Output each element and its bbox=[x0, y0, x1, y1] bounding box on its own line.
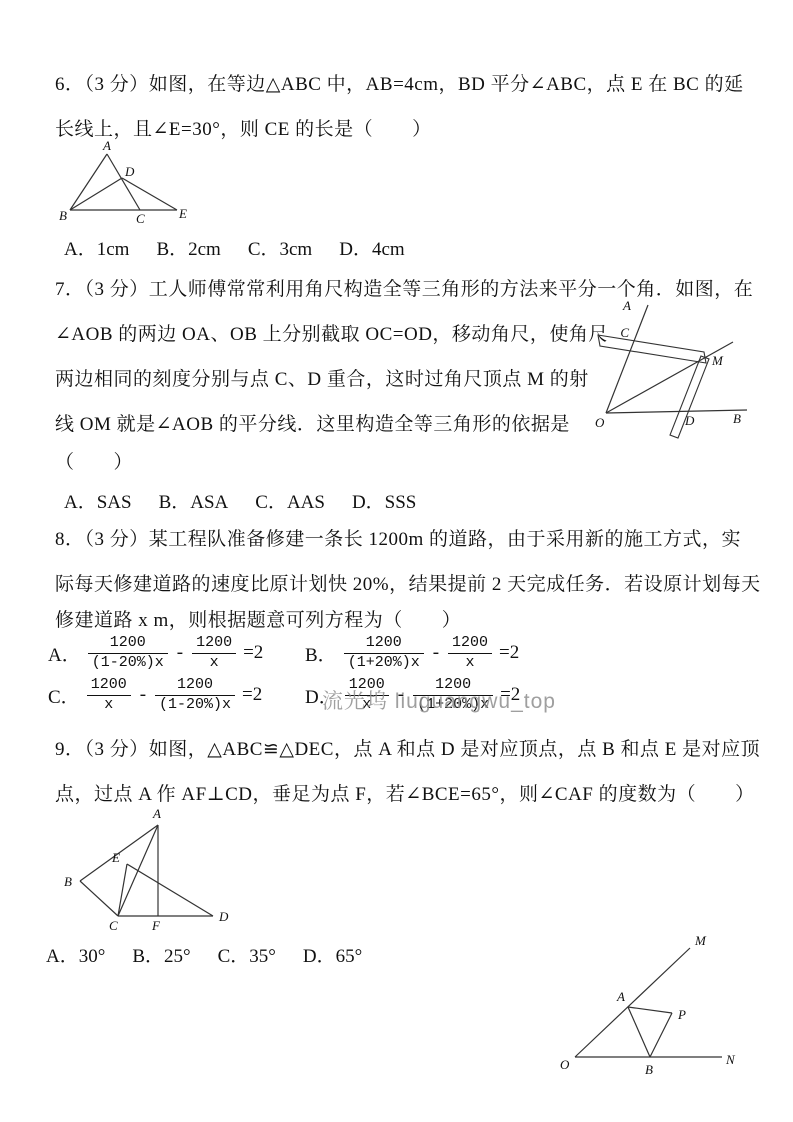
f7-ruler-arm-1 bbox=[598, 335, 706, 363]
f6-label-E: E bbox=[178, 206, 187, 221]
q8-option-a-rhs: =2 bbox=[243, 642, 263, 664]
q8-option-c-rhs: =2 bbox=[242, 684, 262, 706]
q8-option-c-frac1: 1200x bbox=[87, 676, 131, 715]
fb-label-B: B bbox=[645, 1062, 653, 1077]
q7-bracket-line: （ ） bbox=[55, 450, 133, 476]
f7-ray-OB bbox=[606, 410, 747, 413]
f6-label-C: C bbox=[136, 211, 145, 226]
fb-label-N: N bbox=[725, 1052, 736, 1067]
q9-option-b: B．25° bbox=[132, 941, 190, 968]
f9-line-BC bbox=[80, 881, 118, 916]
q9-option-a: A．30° bbox=[46, 941, 105, 968]
q9-option-c: C．35° bbox=[218, 941, 276, 968]
f7-label-O: O bbox=[595, 415, 605, 430]
f6-label-A: A bbox=[102, 140, 111, 153]
q8-option-a-frac1: 1200(1-20%)x bbox=[88, 634, 168, 673]
q9-text-line-1: 9．（3 分）如图，△ABC≌△DEC，点 A 和点 D 是对应顶点，点 B 和… bbox=[55, 737, 760, 763]
q8-text-line-3: 修建道路 x m，则根据题意可列方程为（ ） bbox=[55, 608, 461, 634]
q8-option-b-rhs: =2 bbox=[499, 642, 519, 664]
q9-text-line-2: 点，过点 A 作 AF⊥CD，垂足为点 F，若∠BCE=65°，则∠CAF 的度… bbox=[55, 782, 755, 808]
q9-options: A．30° B．25° C．35° D．65° bbox=[46, 941, 362, 968]
f9-label-E: E bbox=[111, 850, 120, 865]
q6-text-line-1: 6．（3 分）如图，在等边△ABC 中，AB=4cm，BD 平分∠ABC，点 E… bbox=[55, 72, 744, 98]
f6-line-BD bbox=[70, 178, 122, 210]
q7-text-line-2: ∠AOB 的两边 OA、OB 上分别截取 OC=OD，移动角尺，使角尺 bbox=[55, 322, 608, 348]
f6-label-B: B bbox=[59, 208, 67, 223]
f6-line-AB bbox=[70, 154, 107, 210]
f7-label-A: A bbox=[622, 298, 631, 313]
fb-label-A: A bbox=[616, 989, 625, 1004]
q8-option-a-label: A． bbox=[48, 640, 81, 667]
f9-line-CE bbox=[118, 864, 127, 916]
fb-label-P: P bbox=[677, 1007, 686, 1022]
f6-label-D: D bbox=[124, 164, 135, 179]
q9-figure-congruent-triangles: A B C D E F bbox=[50, 808, 290, 933]
q8-option-a: A． 1200(1-20%)x - 1200x =2 bbox=[48, 634, 305, 673]
fb-line-AB bbox=[628, 1007, 650, 1057]
f9-label-C: C bbox=[109, 918, 118, 933]
f9-line-ED bbox=[127, 864, 213, 916]
f7-ray-OA bbox=[606, 305, 648, 413]
q8-option-c-label: C． bbox=[48, 682, 80, 709]
q8-option-c: C． 1200x - 1200(1-20%)x =2 bbox=[48, 676, 305, 715]
q8-option-b-frac1: 1200(1+20%)x bbox=[344, 634, 424, 673]
q7-option-a: A．SAS bbox=[64, 487, 132, 514]
fb-label-M: M bbox=[694, 933, 707, 948]
fb-ray-OM bbox=[575, 948, 690, 1057]
fb-line-AP bbox=[628, 1007, 672, 1013]
f9-label-F: F bbox=[151, 918, 161, 933]
q7-text-line-4: 线 OM 就是∠AOB 的平分线．这里构造全等三角形的依据是 bbox=[55, 412, 570, 438]
q6-option-a: A．1cm bbox=[64, 234, 129, 261]
q7-option-d: D．SSS bbox=[352, 487, 416, 514]
f6-line-AC bbox=[107, 154, 140, 210]
q8-equation-row-1: A． 1200(1-20%)x - 1200x =2 B． 1200(1+20%… bbox=[48, 634, 519, 673]
f7-label-M: M bbox=[711, 353, 724, 368]
q8-text-line-2: 际每天修建道路的速度比原计划快 20%，结果提前 2 天完成任务．若设原计划每天 bbox=[55, 572, 761, 598]
f9-label-A: A bbox=[152, 808, 161, 821]
q9-option-d: D．65° bbox=[303, 941, 362, 968]
q8-option-c-minus: - bbox=[140, 684, 146, 706]
q6-option-b: B．2cm bbox=[156, 234, 220, 261]
q8-option-c-frac2: 1200(1-20%)x bbox=[155, 676, 235, 715]
fb-label-O: O bbox=[560, 1057, 570, 1072]
q7-options: A．SAS B．ASA C．AAS D．SSS bbox=[64, 487, 416, 514]
q7-figure-angle-ruler: A C M O D B bbox=[575, 290, 790, 465]
q8-option-a-frac2: 1200x bbox=[192, 634, 236, 673]
f9-label-D: D bbox=[218, 909, 229, 924]
q7-text-line-3: 两边相同的刻度分别与点 C、D 重合，这时过角尺顶点 M 的射 bbox=[55, 367, 589, 393]
q6-option-d: D．4cm bbox=[339, 234, 404, 261]
fb-line-PB bbox=[650, 1013, 672, 1057]
exam-page: 流光坞 liuguangwu_top 6．（3 分）如图，在等边△ABC 中，A… bbox=[0, 0, 793, 1122]
q7-option-c: C．AAS bbox=[255, 487, 325, 514]
f7-label-C: C bbox=[620, 325, 629, 340]
bottom-figure-angle-OMN: M A P O B N bbox=[530, 905, 790, 1120]
q6-figure-triangle: A B C D E bbox=[50, 140, 200, 232]
f9-label-B: B bbox=[64, 874, 72, 889]
q7-option-b: B．ASA bbox=[159, 487, 229, 514]
q8-option-a-minus: - bbox=[177, 642, 183, 664]
q8-option-b-minus: - bbox=[433, 642, 439, 664]
f7-label-D: D bbox=[684, 413, 695, 428]
watermark: 流光坞 liuguangwu_top bbox=[322, 685, 556, 715]
q8-option-b: B． 1200(1+20%)x - 1200x =2 bbox=[305, 634, 519, 673]
f7-label-B: B bbox=[733, 411, 741, 426]
q8-text-line-1: 8．（3 分）某工程队准备修建一条长 1200m 的道路，由于采用新的施工方式，… bbox=[55, 527, 741, 553]
q8-option-b-label: B． bbox=[305, 640, 337, 667]
q6-options: A．1cm B．2cm C．3cm D．4cm bbox=[64, 234, 405, 261]
q8-option-b-frac2: 1200x bbox=[448, 634, 492, 673]
q6-option-c: C．3cm bbox=[248, 234, 312, 261]
